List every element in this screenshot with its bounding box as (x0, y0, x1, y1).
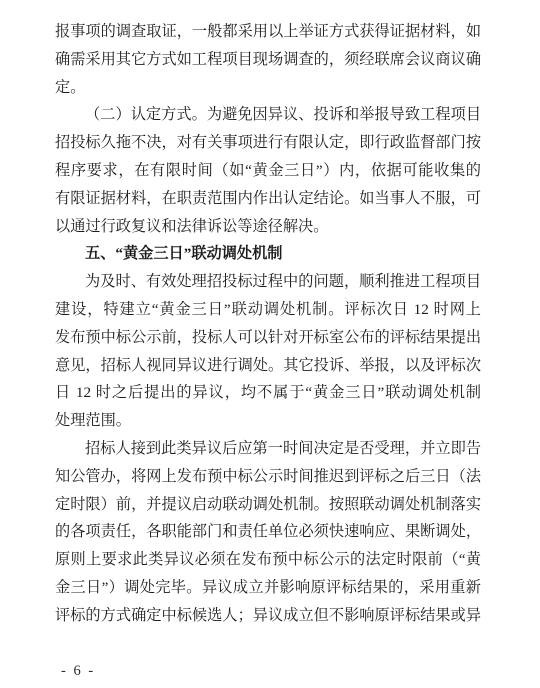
text-line: 意见，招标人视同异议进行调处。其它投诉、举报，以及评标次 (55, 352, 481, 380)
page-number: - 6 - (61, 663, 95, 680)
document-body: 报事项的调查取证，一般都采用以上举证方式获得证据材料，如确需采用其它方式如工程项… (55, 18, 481, 630)
text-line: 处理范围。 (55, 407, 481, 435)
text-line: 以通过行政复议和法律诉讼等途径解决。 (55, 213, 481, 241)
text-line: 知公管办，将网上发布预中标公示时间推迟到评标之后三日（法 (55, 463, 481, 491)
text-line: 程序要求，在有限时间（如“黄金三日”）内，依据可能收集的 (55, 157, 481, 185)
text-line: 招标人接到此类异议后应第一时间决定是否受理，并立即告 (55, 435, 481, 463)
text-line: 定。 (55, 74, 481, 102)
text-line: 招投标久拖不决，对有关事项进行有限认定，即行政监督部门按 (55, 129, 481, 157)
text-line: 的各项责任，各职能部门和责任单位必须快速响应、果断调处， (55, 518, 481, 546)
text-line: 原则上要求此类异议必须在发布预中标公示的法定时限前（“黄 (55, 546, 481, 574)
text-line: 建设，特建立“黄金三日”联动调处机制。评标次日 12 时网上 (55, 296, 481, 324)
text-line: 五、“黄金三日”联动调处机制 (55, 240, 481, 268)
text-line: 有限证据材料，在职责范围内作出认定结论。如当事人不服，可 (55, 185, 481, 213)
text-line: 发布预中标公示前，投标人可以针对开标室公布的评标结果提出 (55, 324, 481, 352)
text-line: （二）认定方式。为避免因异议、投诉和举报导致工程项目 (55, 101, 481, 129)
document-page: 报事项的调查取证，一般都采用以上举证方式获得证据材料，如确需采用其它方式如工程项… (0, 0, 540, 688)
text-line: 报事项的调查取证，一般都采用以上举证方式获得证据材料，如 (55, 18, 481, 46)
text-line: 评标的方式确定中标候选人；异议成立但不影响原评标结果或异 (55, 602, 481, 630)
text-line: 金三日”）调处完毕。异议成立并影响原评标结果的，采用重新 (55, 574, 481, 602)
text-line: 为及时、有效处理招投标过程中的问题，顺利推进工程项目 (55, 268, 481, 296)
text-line: 定时限）前，并提议启动联动调处机制。按照联动调处机制落实 (55, 491, 481, 519)
text-line: 确需采用其它方式如工程项目现场调查的，须经联席会议商议确 (55, 46, 481, 74)
text-line: 日 12 时之后提出的异议，均不属于“黄金三日”联动调处机制 (55, 379, 481, 407)
